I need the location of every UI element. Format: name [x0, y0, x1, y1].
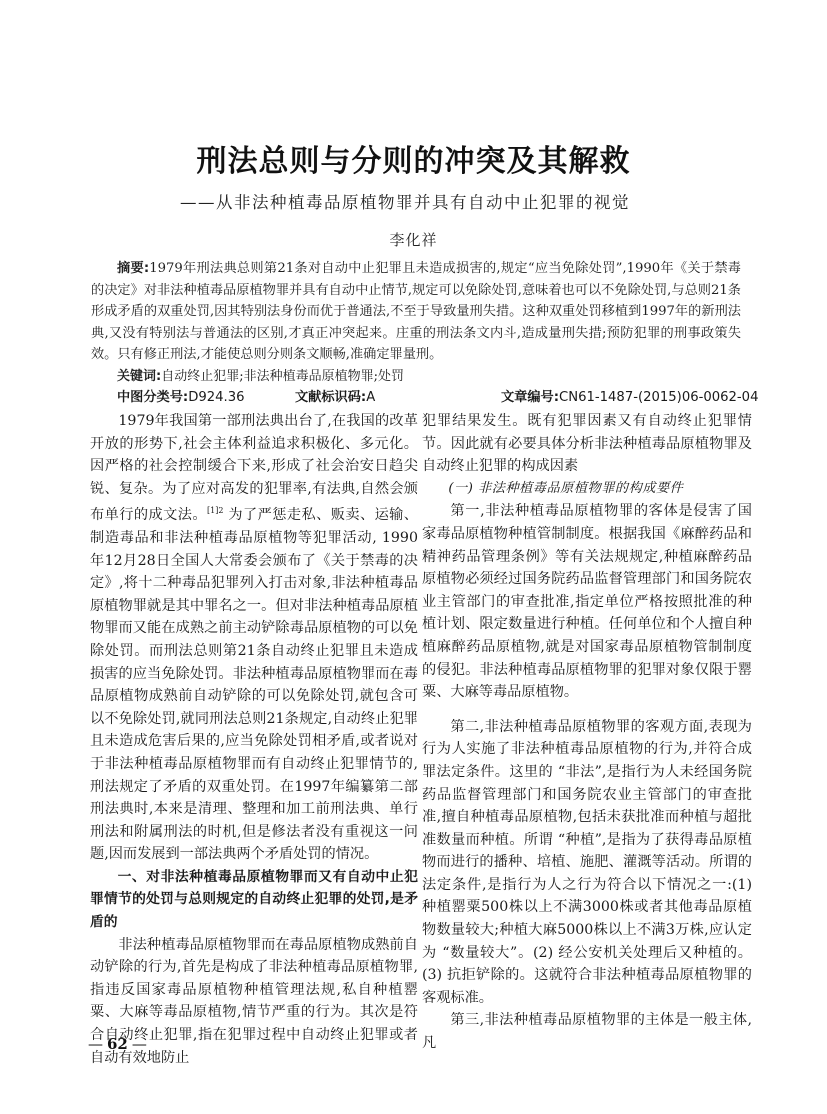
- document-code: 文献标识码:A: [295, 386, 375, 405]
- document-code-value: A: [366, 390, 375, 405]
- page-number: —62—: [88, 1035, 147, 1053]
- article-title: 刑法总则与分则的冲突及其解救: [0, 136, 827, 180]
- paragraph: 第二,非法种植毒品原植物罪的客观方面,表现为行为人实施了非法种植毒品原植物的行为…: [422, 716, 752, 1010]
- clc-label: 中图分类号:: [117, 390, 188, 405]
- journal-page: 刑法总则与分则的冲突及其解救 ——从非法种植毒品原植物罪并具有自动中止犯罪的视觉…: [0, 0, 827, 1114]
- citation-reference[interactable]: [1]2: [207, 506, 223, 515]
- abstract-text: 1979年刑法典总则第21条对自动中止犯罪且未造成损害的,规定“应当免除处罚”,…: [91, 261, 741, 362]
- section-heading: 一、对非法种植毒品原植物罪而又有自动中止犯罪情节的处罚与总则规定的自动终止犯罪的…: [90, 866, 418, 934]
- article-number-label: 文章编号:: [501, 390, 559, 405]
- page-number-value: 62: [103, 1035, 132, 1053]
- article-number-value: CN61-1487-(2015)06-0062-04: [559, 390, 758, 405]
- paragraph: 1979年我国第一部刑法典出台了,在我国的改革开放的形势下,社会主体利益追求积极…: [90, 410, 418, 866]
- body-column-left: 1979年我国第一部刑法典出台了,在我国的改革开放的形势下,社会主体利益追求积极…: [90, 410, 418, 1069]
- article-number: 文章编号:CN61-1487-(2015)06-0062-04: [501, 386, 758, 405]
- abstract-indent: [91, 261, 117, 276]
- paragraph: 犯罪结果发生。既有犯罪因素又有自动终止犯罪情节。因此就有必要具体分析非法种植毒品…: [422, 410, 752, 478]
- paragraph: 第三,非法种植毒品原植物罪的主体是一般主体,凡: [422, 1009, 752, 1054]
- dash-left: —: [88, 1035, 103, 1053]
- article-author: 李化祥: [0, 229, 827, 250]
- paragraph-text: 为了严惩走私、贩卖、运输、制造毒品和非法种植毒品原植物等犯罪活动, 1990年1…: [90, 507, 418, 862]
- clc-value: D924.36: [188, 390, 244, 405]
- paragraph: 第一,非法种植毒品原植物罪的客体是侵害了国家毒品原植物种植管制制度。根据我国《麻…: [422, 500, 752, 703]
- subsection-heading: (一) 非法种植毒品原植物罪的构成要件: [422, 478, 752, 501]
- clc-number: 中图分类号:D924.36: [117, 386, 245, 405]
- article-subtitle: ——从非法种植毒品原植物罪并具有自动中止犯罪的视觉: [180, 189, 660, 213]
- document-code-label: 文献标识码:: [295, 390, 366, 405]
- dash-right: —: [132, 1035, 147, 1053]
- classification-row: 中图分类号:D924.36 文献标识码:A 文章编号:CN61-1487-(20…: [117, 376, 757, 398]
- body-column-right: 犯罪结果发生。既有犯罪因素又有自动终止犯罪情节。因此就有必要具体分析非法种植毒品…: [422, 410, 752, 1055]
- abstract-label: 摘要:: [117, 261, 149, 276]
- abstract: 摘要:1979年刑法典总则第21条对自动中止犯罪且未造成损害的,规定“应当免除处…: [91, 258, 741, 366]
